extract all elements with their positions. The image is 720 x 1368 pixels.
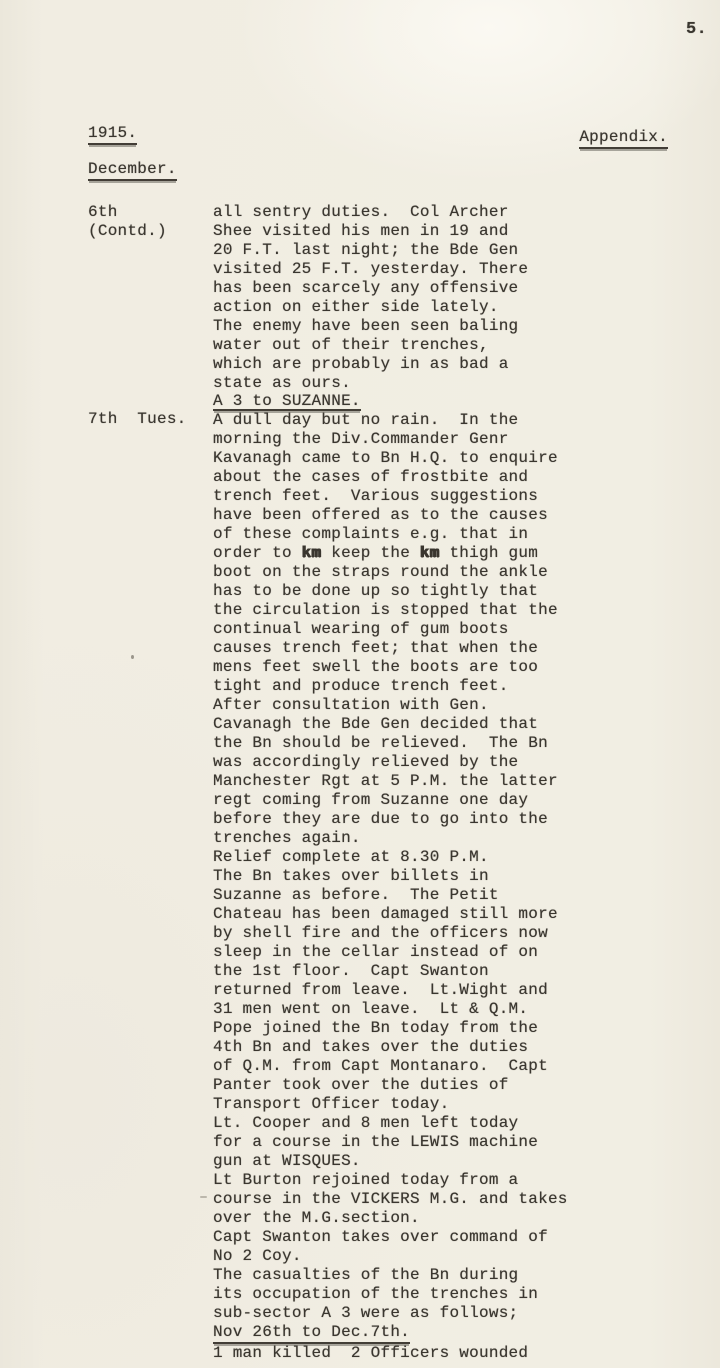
text-line: continual wearing of gum boots bbox=[213, 620, 720, 639]
text-line: Lt. Cooper and 8 men left today bbox=[213, 1114, 720, 1133]
text-line: A dull day but no rain. In the bbox=[213, 411, 720, 430]
text-line: order to km keep the km thigh gum bbox=[213, 544, 720, 563]
text-line: returned from leave. Lt.Wight and bbox=[213, 981, 720, 1000]
entry-body: all sentry duties. Col ArcherShee visite… bbox=[213, 203, 720, 393]
entry-date-line: (Contd.) bbox=[88, 222, 210, 241]
ink-speck bbox=[131, 655, 134, 659]
text-line: Nov 26th to Dec.7th. bbox=[213, 1323, 720, 1344]
text-line: the 1st floor. Capt Swanton bbox=[213, 962, 720, 981]
text-line: Manchester Rgt at 5 P.M. the latter bbox=[213, 772, 720, 791]
text-line: all sentry duties. Col Archer bbox=[213, 203, 720, 222]
text-line: Shee visited his men in 19 and bbox=[213, 222, 720, 241]
text-line: of these complaints e.g. that in bbox=[213, 525, 720, 544]
scanned-diary-page: 5. 1915. Appendix. December. 6th(Contd.)… bbox=[0, 0, 720, 1368]
text-line: before they are due to go into the bbox=[213, 810, 720, 829]
text-line: its occupation of the trenches in bbox=[213, 1285, 720, 1304]
text-line: action on either side lately. bbox=[213, 298, 720, 317]
diary-entries: 6th(Contd.) all sentry duties. Col Arche… bbox=[0, 203, 720, 1363]
text-line: by shell fire and the officers now bbox=[213, 924, 720, 943]
diary-entry-6th-contd: 6th(Contd.) all sentry duties. Col Arche… bbox=[0, 203, 720, 393]
text-line: have been offered as to the causes bbox=[213, 506, 720, 525]
text-line: has been scarcely any offensive bbox=[213, 279, 720, 298]
text-line: which are probably in as bad a bbox=[213, 355, 720, 374]
text-line: trenches again. bbox=[213, 829, 720, 848]
entry-date: 7th Tues. bbox=[88, 410, 210, 429]
text-line: Chateau has been damaged still more bbox=[213, 905, 720, 924]
text-line: Panter took over the duties of bbox=[213, 1076, 720, 1095]
text-line: over the M.G.section. bbox=[213, 1209, 720, 1228]
underlined-text: Nov 26th to Dec.7th. bbox=[213, 1323, 410, 1344]
text-line: Cavanagh the Bde Gen decided that bbox=[213, 715, 720, 734]
text-line: the Bn should be relieved. The Bn bbox=[213, 734, 720, 753]
text-line: sub-sector A 3 were as follows; bbox=[213, 1304, 720, 1323]
text-line: regt coming from Suzanne one day bbox=[213, 791, 720, 810]
text-line: was accordingly relieved by the bbox=[213, 753, 720, 772]
text-line: boot on the straps round the ankle bbox=[213, 563, 720, 582]
text-line: Suzanne as before. The Petit bbox=[213, 886, 720, 905]
text-line: tight and produce trench feet. bbox=[213, 677, 720, 696]
entry-date-line: 7th Tues. bbox=[88, 410, 210, 429]
text-line: No 2 Coy. bbox=[213, 1247, 720, 1266]
text-line: gun at WISQUES. bbox=[213, 1152, 720, 1171]
text-line: After consultation with Gen. bbox=[213, 696, 720, 715]
text-line: Relief complete at 8.30 P.M. bbox=[213, 848, 720, 867]
text-line: water out of their trenches, bbox=[213, 336, 720, 355]
text-line: 4th Bn and takes over the duties bbox=[213, 1038, 720, 1057]
text-line: morning the Div.Commander Genr bbox=[213, 430, 720, 449]
text-line: the circulation is stopped that the bbox=[213, 601, 720, 620]
text-line: Kavanagh came to Bn H.Q. to enquire bbox=[213, 449, 720, 468]
page-number: 5. bbox=[686, 20, 707, 39]
text-line: 1 man killed 2 Officers wounded bbox=[213, 1344, 720, 1363]
struck-typo-text: km bbox=[420, 544, 440, 562]
text-segment: thigh gum bbox=[440, 544, 539, 562]
diary-entry-7th-tues: 7th Tues. A 3 to SUZANNE. A dull day but… bbox=[0, 393, 720, 1363]
text-line: state as ours. bbox=[213, 374, 720, 393]
text-line: Transport Officer today. bbox=[213, 1095, 720, 1114]
struck-typo-text: km bbox=[302, 544, 322, 562]
text-line: 31 men went on leave. Lt & Q.M. bbox=[213, 1000, 720, 1019]
ink-speck bbox=[200, 1196, 207, 1198]
entry-body: A dull day but no rain. In themorning th… bbox=[213, 411, 720, 1363]
text-line: about the cases of frostbite and bbox=[213, 468, 720, 487]
text-line: Lt Burton rejoined today from a bbox=[213, 1171, 720, 1190]
entry-heading-line: A 3 to SUZANNE. bbox=[213, 393, 720, 411]
text-line: mens feet swell the boots are too bbox=[213, 658, 720, 677]
text-line: The casualties of the Bn during bbox=[213, 1266, 720, 1285]
text-segment: keep the bbox=[321, 544, 420, 562]
entry-date: 6th(Contd.) bbox=[88, 203, 210, 241]
year-heading: 1915. bbox=[88, 124, 137, 145]
text-line: of Q.M. from Capt Montanaro. Capt bbox=[213, 1057, 720, 1076]
text-line: The enemy have been seen baling bbox=[213, 317, 720, 336]
entry-date-line: 6th bbox=[88, 203, 210, 222]
text-line: visited 25 F.T. yesterday. There bbox=[213, 260, 720, 279]
text-line: Capt Swanton takes over command of bbox=[213, 1228, 720, 1247]
text-line: course in the VICKERS M.G. and takes bbox=[213, 1190, 720, 1209]
text-line: sleep in the cellar instead of on bbox=[213, 943, 720, 962]
text-line: for a course in the LEWIS machine bbox=[213, 1133, 720, 1152]
month-heading: December. bbox=[88, 160, 177, 181]
text-line: Pope joined the Bn today from the bbox=[213, 1019, 720, 1038]
text-line: trench feet. Various suggestions bbox=[213, 487, 720, 506]
text-line: The Bn takes over billets in bbox=[213, 867, 720, 886]
entry-heading: A 3 to SUZANNE. bbox=[213, 394, 361, 411]
text-line: 20 F.T. last night; the Bde Gen bbox=[213, 241, 720, 260]
appendix-heading: Appendix. bbox=[579, 128, 668, 149]
text-segment: order to bbox=[213, 544, 302, 562]
text-line: has to be done up so tightly that bbox=[213, 582, 720, 601]
text-line: causes trench feet; that when the bbox=[213, 639, 720, 658]
